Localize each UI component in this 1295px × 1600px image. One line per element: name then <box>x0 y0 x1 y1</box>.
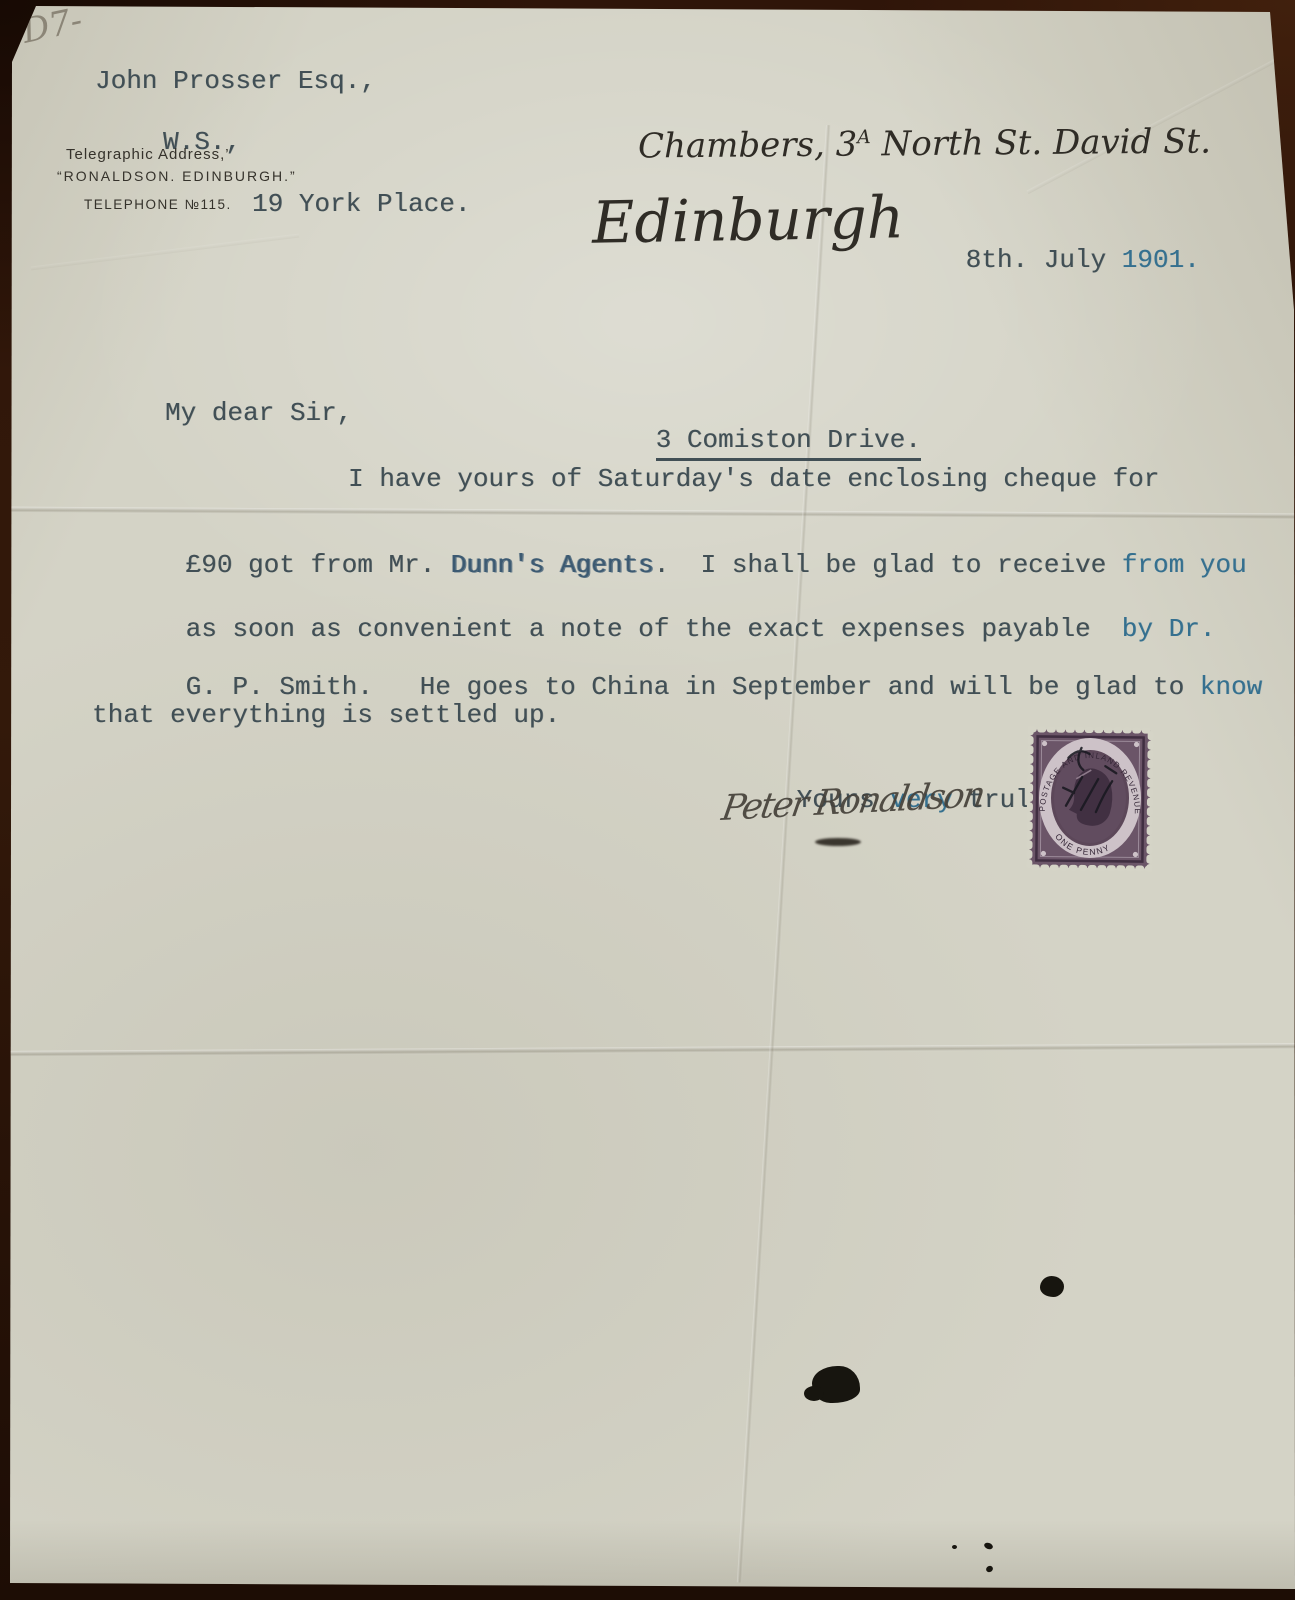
photo-background: D7- John Prosser Esq., W.S., Telegraphic… <box>0 0 1295 1600</box>
line3-pre: as soon as convenient a note of the exac… <box>186 614 1122 644</box>
subject-text: 3 Comiston Drive. <box>656 425 921 461</box>
date-year: 1901. <box>1122 245 1200 275</box>
ink-speck-3 <box>985 1565 994 1574</box>
letter-paper: D7- John Prosser Esq., W.S., Telegraphic… <box>0 0 1295 1600</box>
pencil-mark: D7- <box>19 0 86 52</box>
ink-blot-large-lobe <box>804 1386 824 1401</box>
chambers-prefix: Chambers, 3 <box>638 125 858 167</box>
fold-crease-lower <box>0 1043 1295 1057</box>
chambers-address-script: Chambers, 3A North St. David St. <box>638 122 1211 167</box>
signature-ink-smudge <box>815 838 861 846</box>
street-address: 19 York Place. <box>252 190 470 219</box>
date-day-month: 8th. July <box>966 245 1122 275</box>
line2-pre: £90 got from Mr. <box>186 550 451 580</box>
telegraphic-address-name: “RONALDSON. EDINBURGH.” <box>57 168 297 184</box>
fold-crease-upper <box>0 507 1295 520</box>
chambers-suffix: North St. David St. <box>871 122 1212 165</box>
telegraphic-address-label: Telegraphic Address,’ <box>66 146 230 163</box>
salutation: My dear Sir, <box>165 399 352 428</box>
line3-blue: by Dr. <box>1122 614 1216 644</box>
line4-pre: G. P. Smith. He goes to China in Septemb… <box>186 672 1200 702</box>
ink-speck-2 <box>952 1545 957 1549</box>
ink-speck-1 <box>983 1542 994 1551</box>
telephone-line: TELEPHONE №115. <box>84 197 232 212</box>
postage-stamp: POSTAGE AND INLAND REVENUE ONE PENNY <box>1025 725 1155 872</box>
body-line-5: that everything is settled up. <box>92 701 560 730</box>
line2-overtyped: Dunn's Agents <box>451 550 654 580</box>
crease-letterhead-left <box>31 234 299 271</box>
body-line-1: I have yours of Saturday's date enclosin… <box>348 465 1159 494</box>
city-script: Edinburgh <box>591 183 904 256</box>
fold-crease-vertical <box>737 125 831 1583</box>
line2-blue: from you <box>1122 550 1247 580</box>
chambers-superscript: A <box>857 127 871 148</box>
date-line: 8th. July 1901. <box>872 217 1200 303</box>
ink-blot-small <box>1040 1276 1064 1297</box>
line4-blue: know <box>1200 672 1262 702</box>
line2-mid: . I shall be glad to receive <box>654 550 1122 580</box>
recipient-line: John Prosser Esq., <box>95 67 376 96</box>
